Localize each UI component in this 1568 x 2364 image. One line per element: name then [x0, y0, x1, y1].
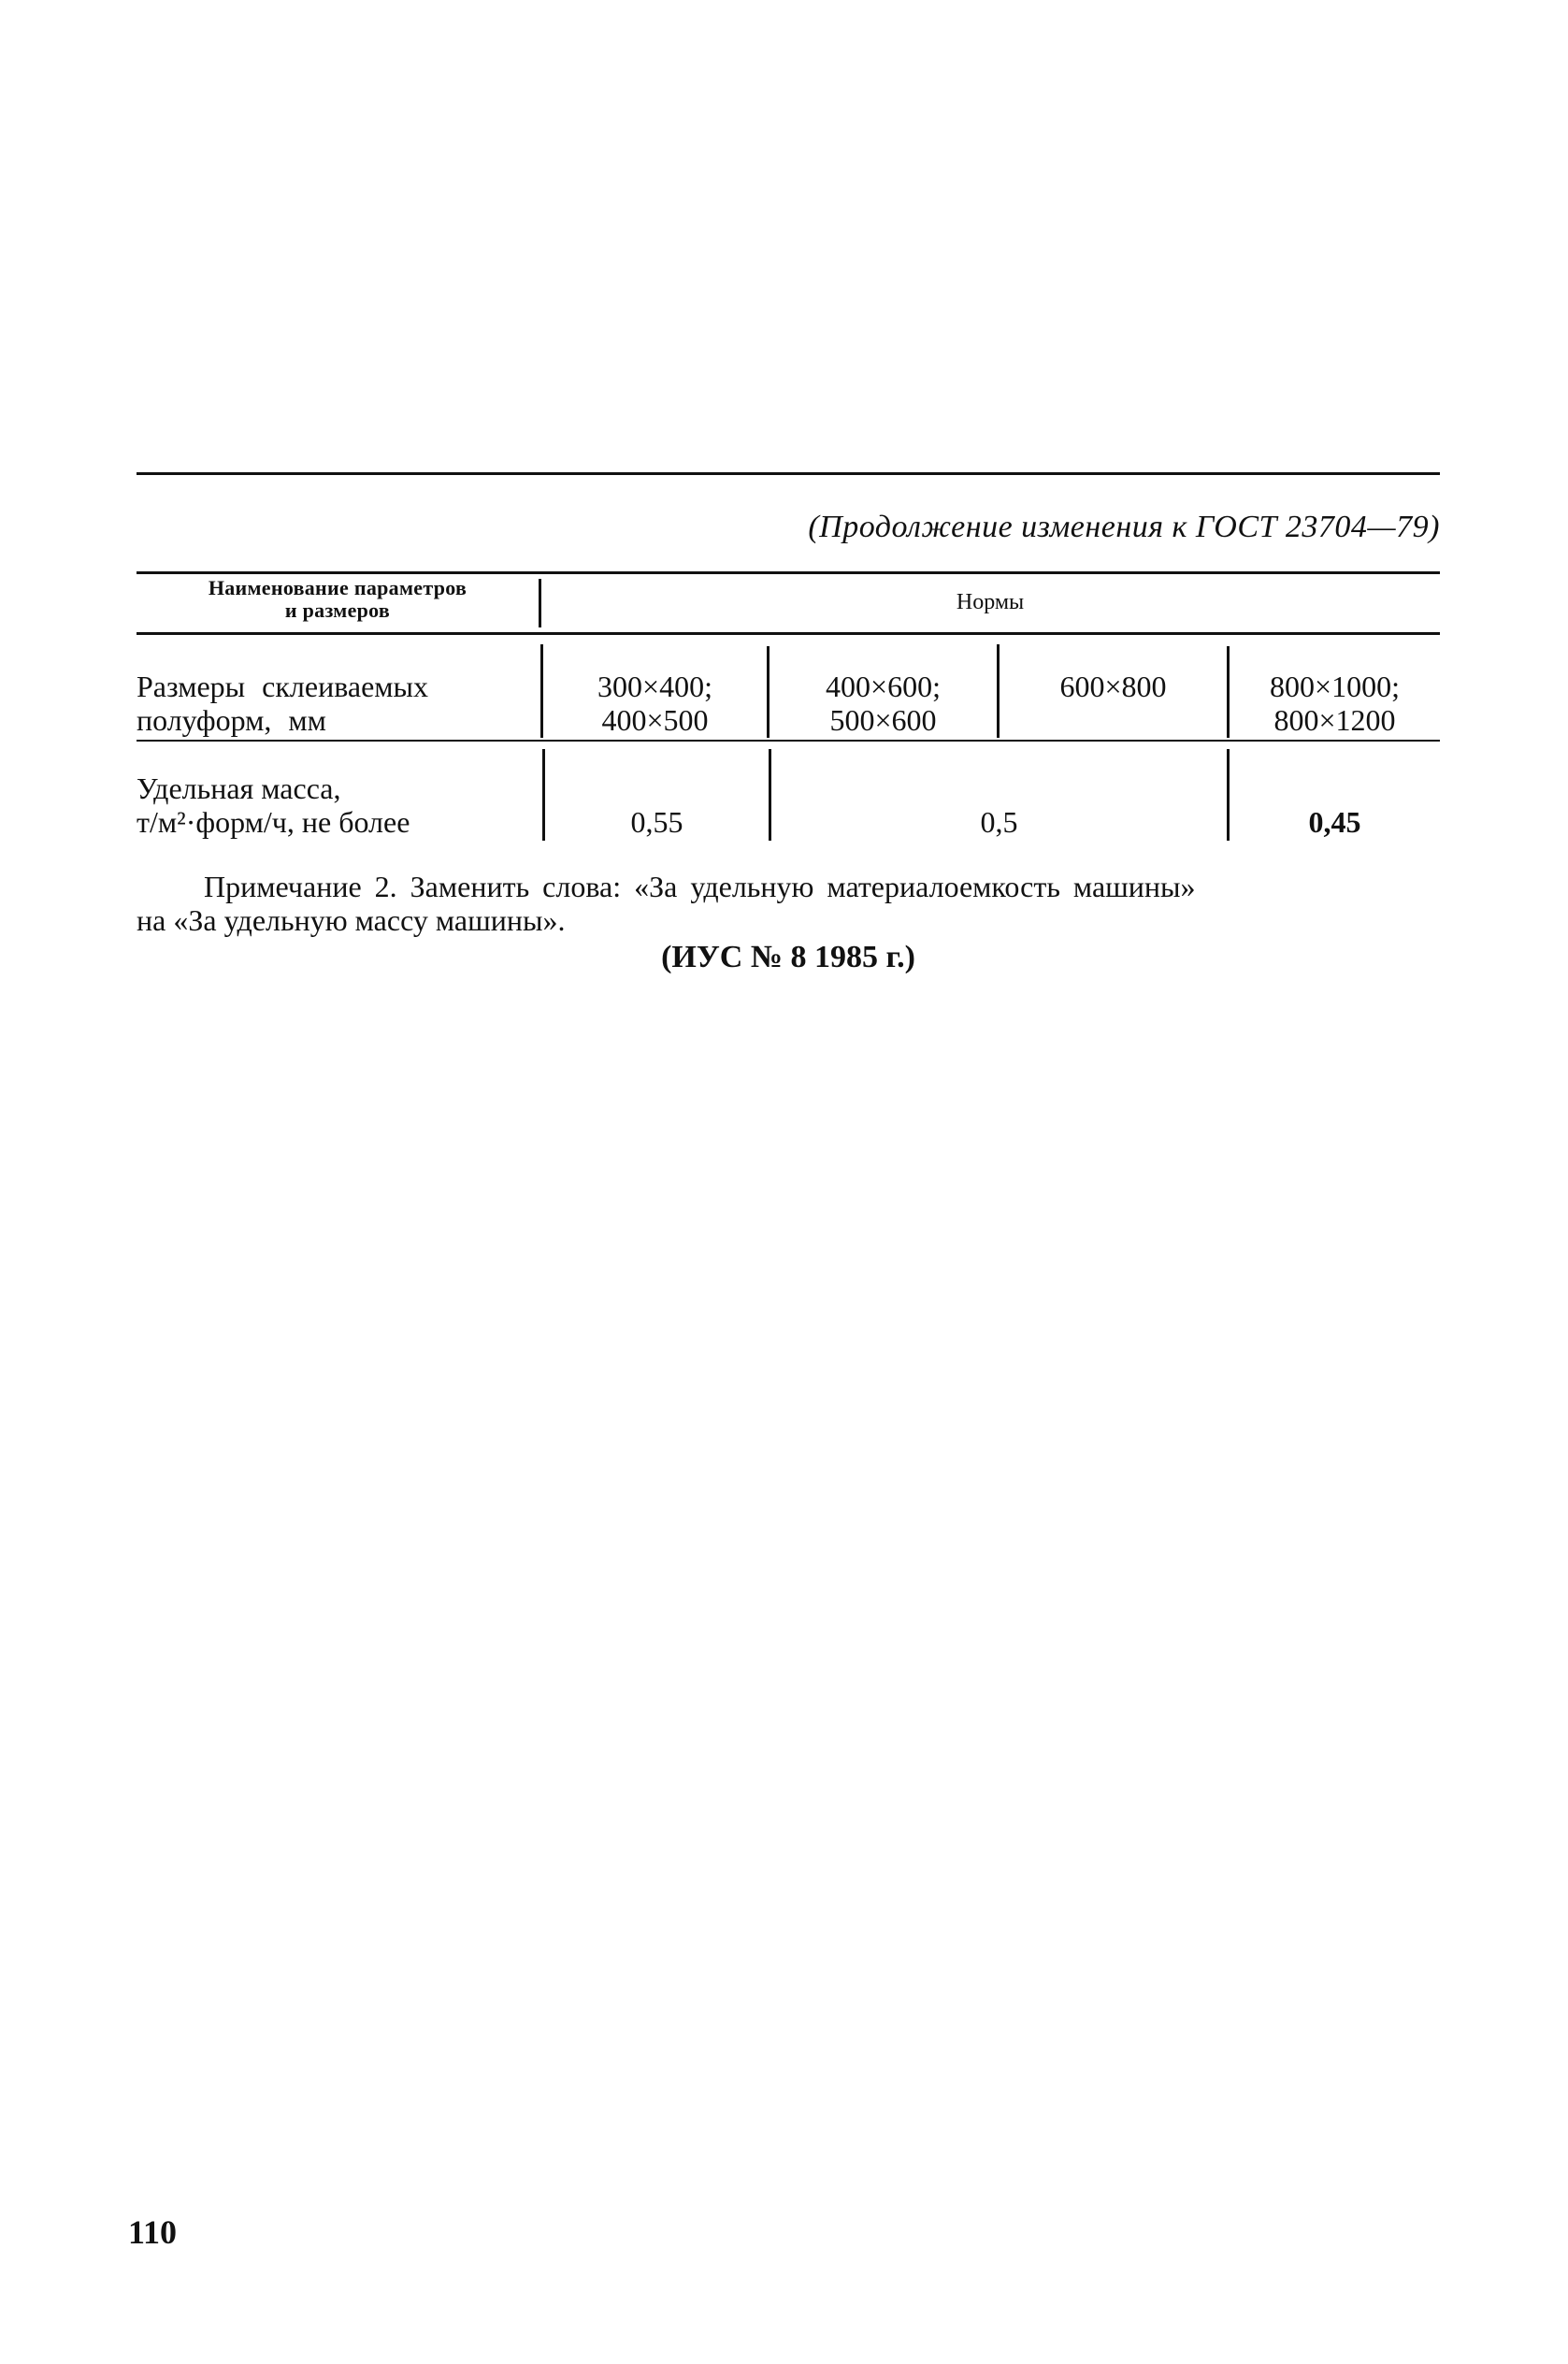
note-line-2: на «За удельную массу машины».: [137, 903, 1440, 937]
row-divider: [137, 740, 1440, 742]
table-cell: 600×800: [1000, 670, 1227, 703]
continuation-heading: (Продолжение изменения к ГОСТ 23704—79): [655, 510, 1440, 545]
table-top-border: [137, 571, 1440, 574]
table-cell: 0,5: [771, 805, 1227, 839]
table-row-label: Удельная масса, т/м²·форм/ч, не более: [137, 771, 539, 839]
table-cell: 400×600; 500×600: [770, 670, 997, 737]
table-cell: 0,45: [1230, 805, 1440, 839]
header-norms: Нормы: [540, 590, 1440, 615]
table-cell: 0,55: [545, 805, 769, 839]
top-rule: [137, 472, 1440, 475]
header-bottom-border: [137, 632, 1440, 635]
table-row-label: Размеры склеиваемых полуформ, мм: [137, 670, 539, 737]
table-cell: 300×400; 400×500: [543, 670, 767, 737]
table-cell: 800×1000; 800×1200: [1230, 670, 1440, 737]
page-number: 110: [128, 2213, 177, 2252]
publication-reference: (ИУС № 8 1985 г.): [137, 940, 1440, 975]
note-line-1: Примечание 2. Заменить слова: «За удельн…: [137, 870, 1440, 903]
norms-table: Наименование параметров и размеров Нормы…: [137, 571, 1440, 843]
header-param-name: Наименование параметров и размеров: [137, 577, 539, 622]
